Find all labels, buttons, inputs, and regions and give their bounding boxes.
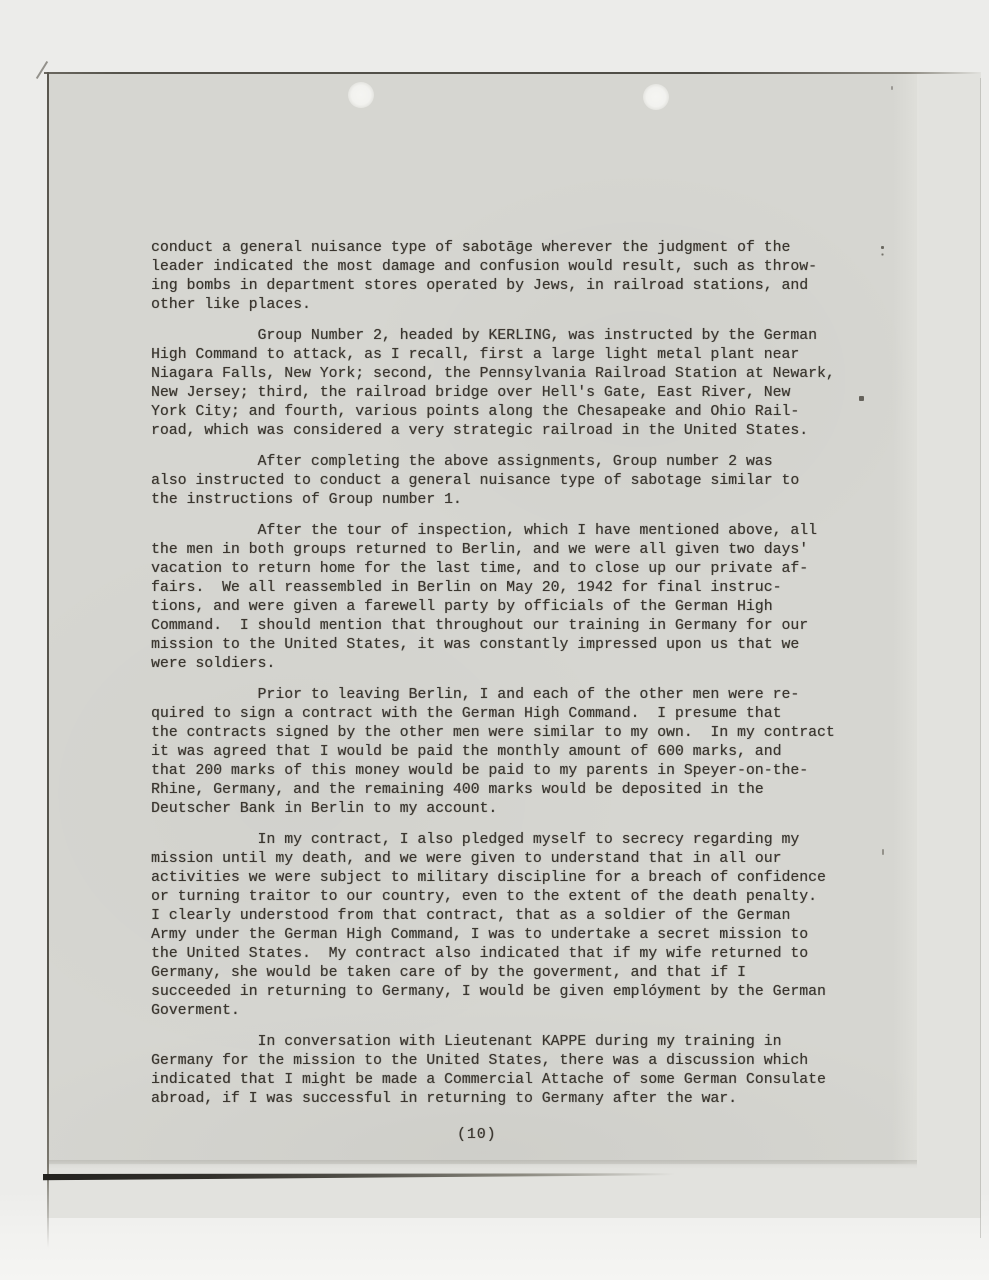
scan-canvas: conduct a general nuisance type of sabot… — [0, 0, 989, 1280]
ink-speck — [891, 86, 893, 90]
page-number: (10) — [457, 1126, 497, 1145]
paragraph: conduct a general nuisance type of sabot… — [151, 239, 835, 315]
scanned-page: conduct a general nuisance type of sabot… — [49, 74, 917, 1164]
page-bottom-fade — [49, 1160, 917, 1169]
punch-hole-left — [348, 82, 374, 108]
paper-sheet: conduct a general nuisance type of sabot… — [47, 72, 981, 1218]
paragraph: In conversation with Lieutenant KAPPE du… — [151, 1033, 835, 1109]
ink-speck — [859, 396, 864, 401]
paragraph: Group Number 2, headed by KERLING, was i… — [151, 327, 835, 441]
paragraph: After completing the above assignments, … — [151, 453, 835, 510]
page-right-edge-line — [980, 78, 981, 1238]
punch-hole-right — [643, 84, 669, 110]
paragraph: Prior to leaving Berlin, I and each of t… — [151, 686, 835, 819]
document-text: conduct a general nuisance type of sabot… — [151, 239, 835, 1121]
page-bottom-shadow-line — [43, 1171, 708, 1181]
paragraph: In my contract, I also pledged myself to… — [151, 831, 835, 1021]
ink-speck — [882, 849, 884, 855]
paragraph: After the tour of inspection, which I ha… — [151, 522, 835, 674]
ink-speck — [881, 246, 884, 249]
